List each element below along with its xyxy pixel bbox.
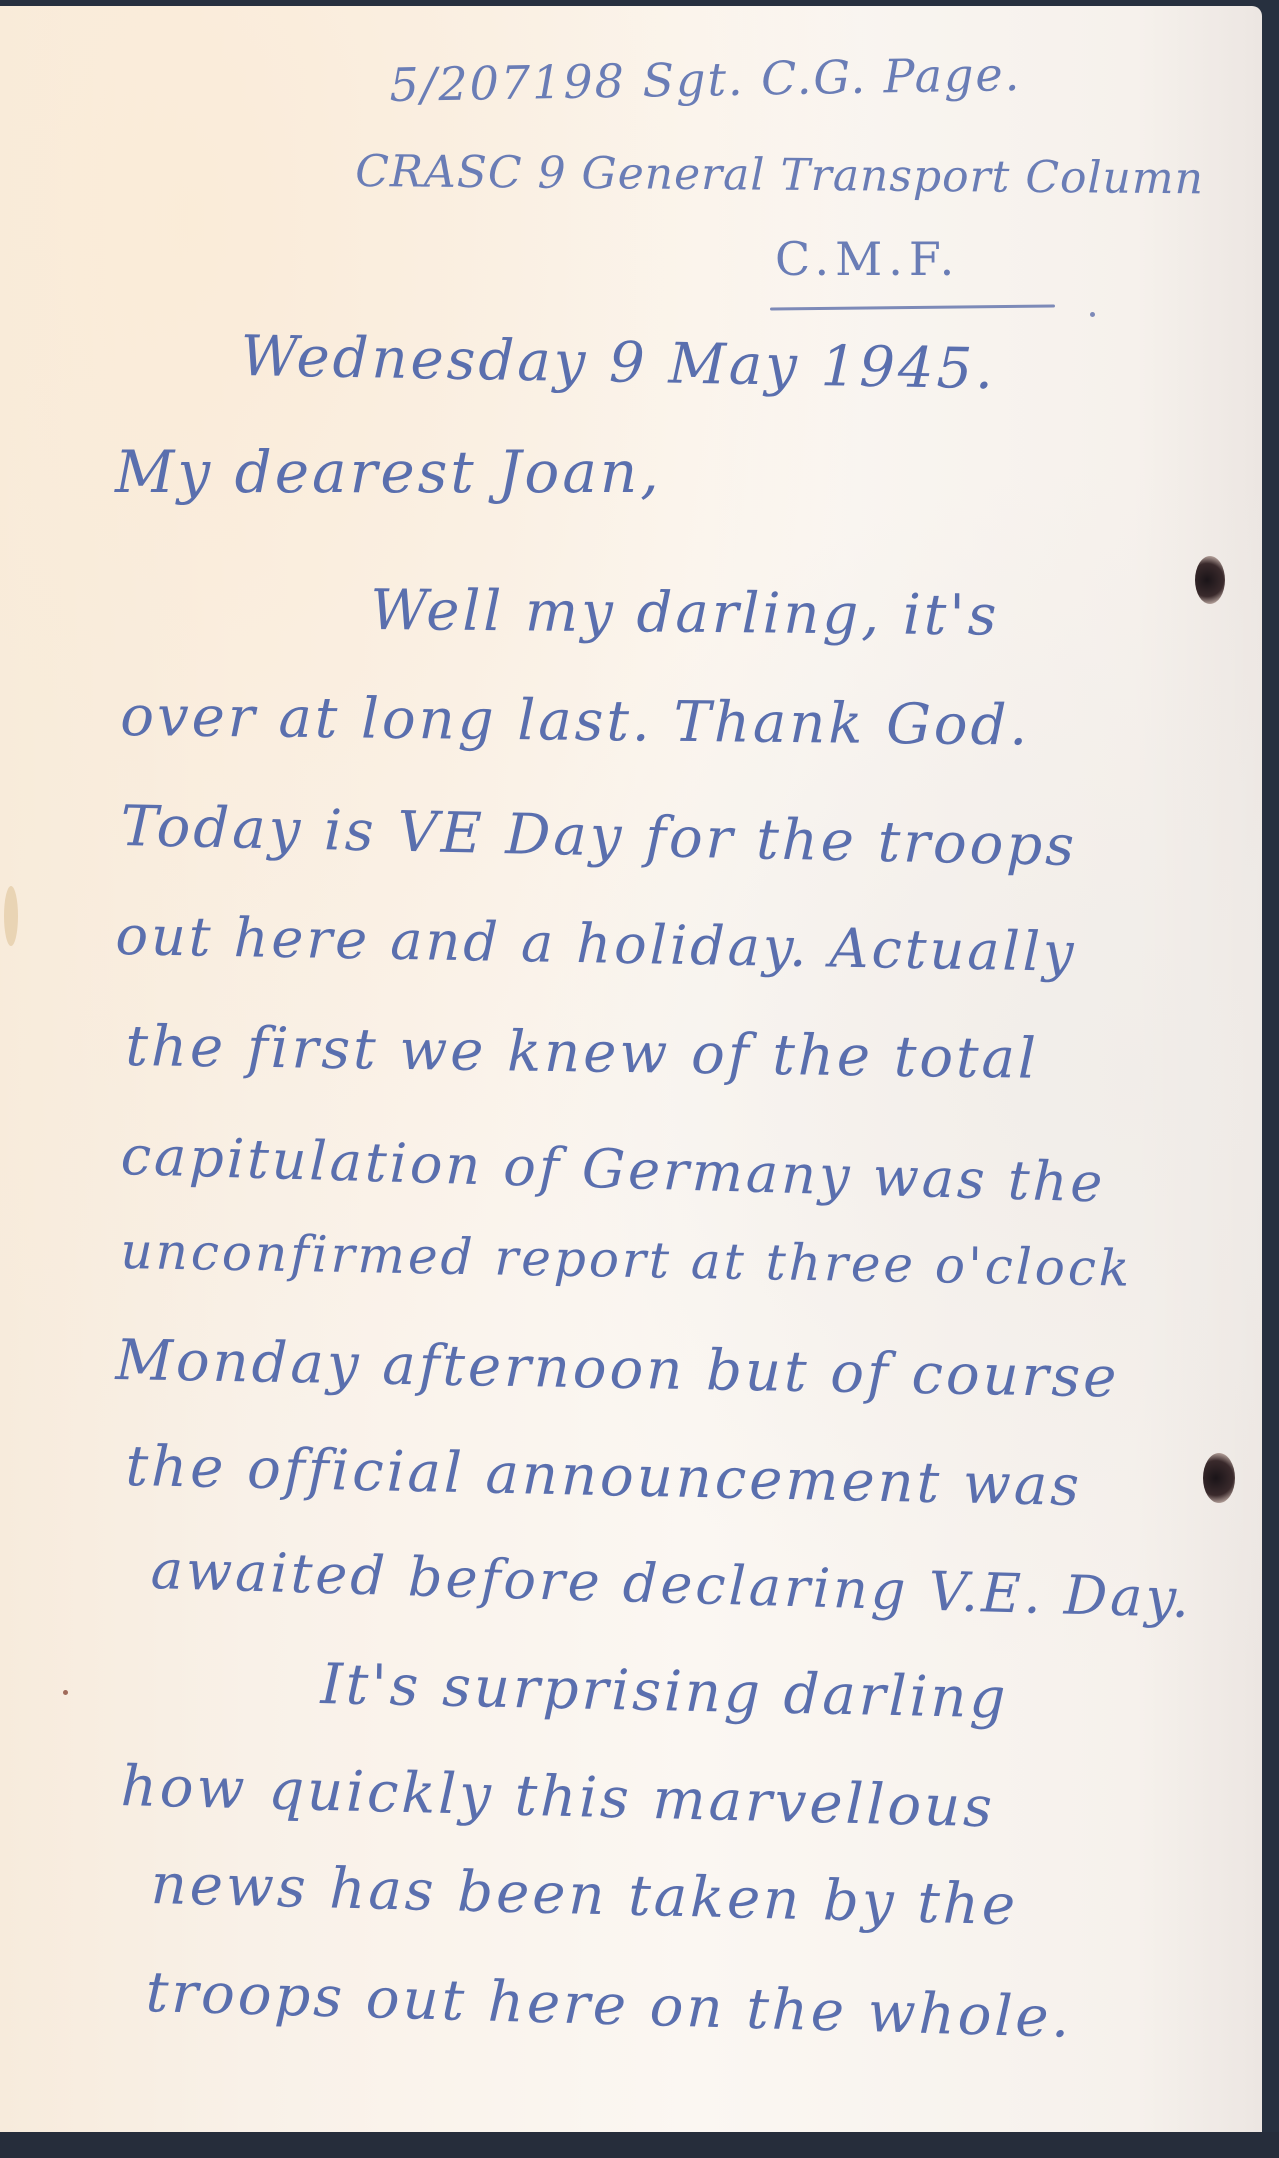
unit-line: CRASC 9 General Transport Column xyxy=(355,146,1204,204)
letter-page: 5/207198 Sgt. C.G. Page. CRASC 9 General… xyxy=(0,6,1262,2138)
force-line: C.M.F. xyxy=(775,232,960,286)
body-line: how quickly this marvellous xyxy=(120,1754,996,1840)
punch-hole-bottom xyxy=(1203,1453,1235,1503)
body-line: news has been taken by the xyxy=(150,1852,1019,1938)
paper-stain xyxy=(4,886,18,946)
body-line: awaited before declaring V.E. Day. xyxy=(150,1538,1193,1630)
punch-hole-top xyxy=(1195,556,1225,604)
date-line: Wednesday 9 May 1945. xyxy=(240,324,997,402)
body-line: over at long last. Thank God. xyxy=(120,684,1031,759)
body-line: out here and a holiday. Actually xyxy=(115,904,1077,984)
service-number-line: 5/207198 Sgt. C.G. Page. xyxy=(389,47,1022,112)
decorative-dot xyxy=(1090,312,1095,317)
cmf-underline xyxy=(770,305,1055,311)
body-line: the official announcement was xyxy=(125,1434,1083,1519)
body-line: the first we knew of the total xyxy=(125,1014,1039,1092)
body-line: capitulation of Germany was the xyxy=(120,1124,1106,1214)
body-line: unconfirmed report at three o'clock xyxy=(120,1222,1133,1298)
decorative-dot xyxy=(63,1690,68,1695)
salutation: My dearest Joan, xyxy=(115,438,662,506)
body-line: Today is VE Day for the troops xyxy=(120,794,1078,879)
body-line: troops out here on the whole. xyxy=(145,1960,1073,2051)
body-line: It's surprising darling xyxy=(320,1652,1009,1731)
body-line: Monday afternoon but of course xyxy=(115,1328,1120,1411)
scan-background-bottom xyxy=(0,2132,1279,2158)
body-line: Well my darling, it's xyxy=(370,578,1000,648)
